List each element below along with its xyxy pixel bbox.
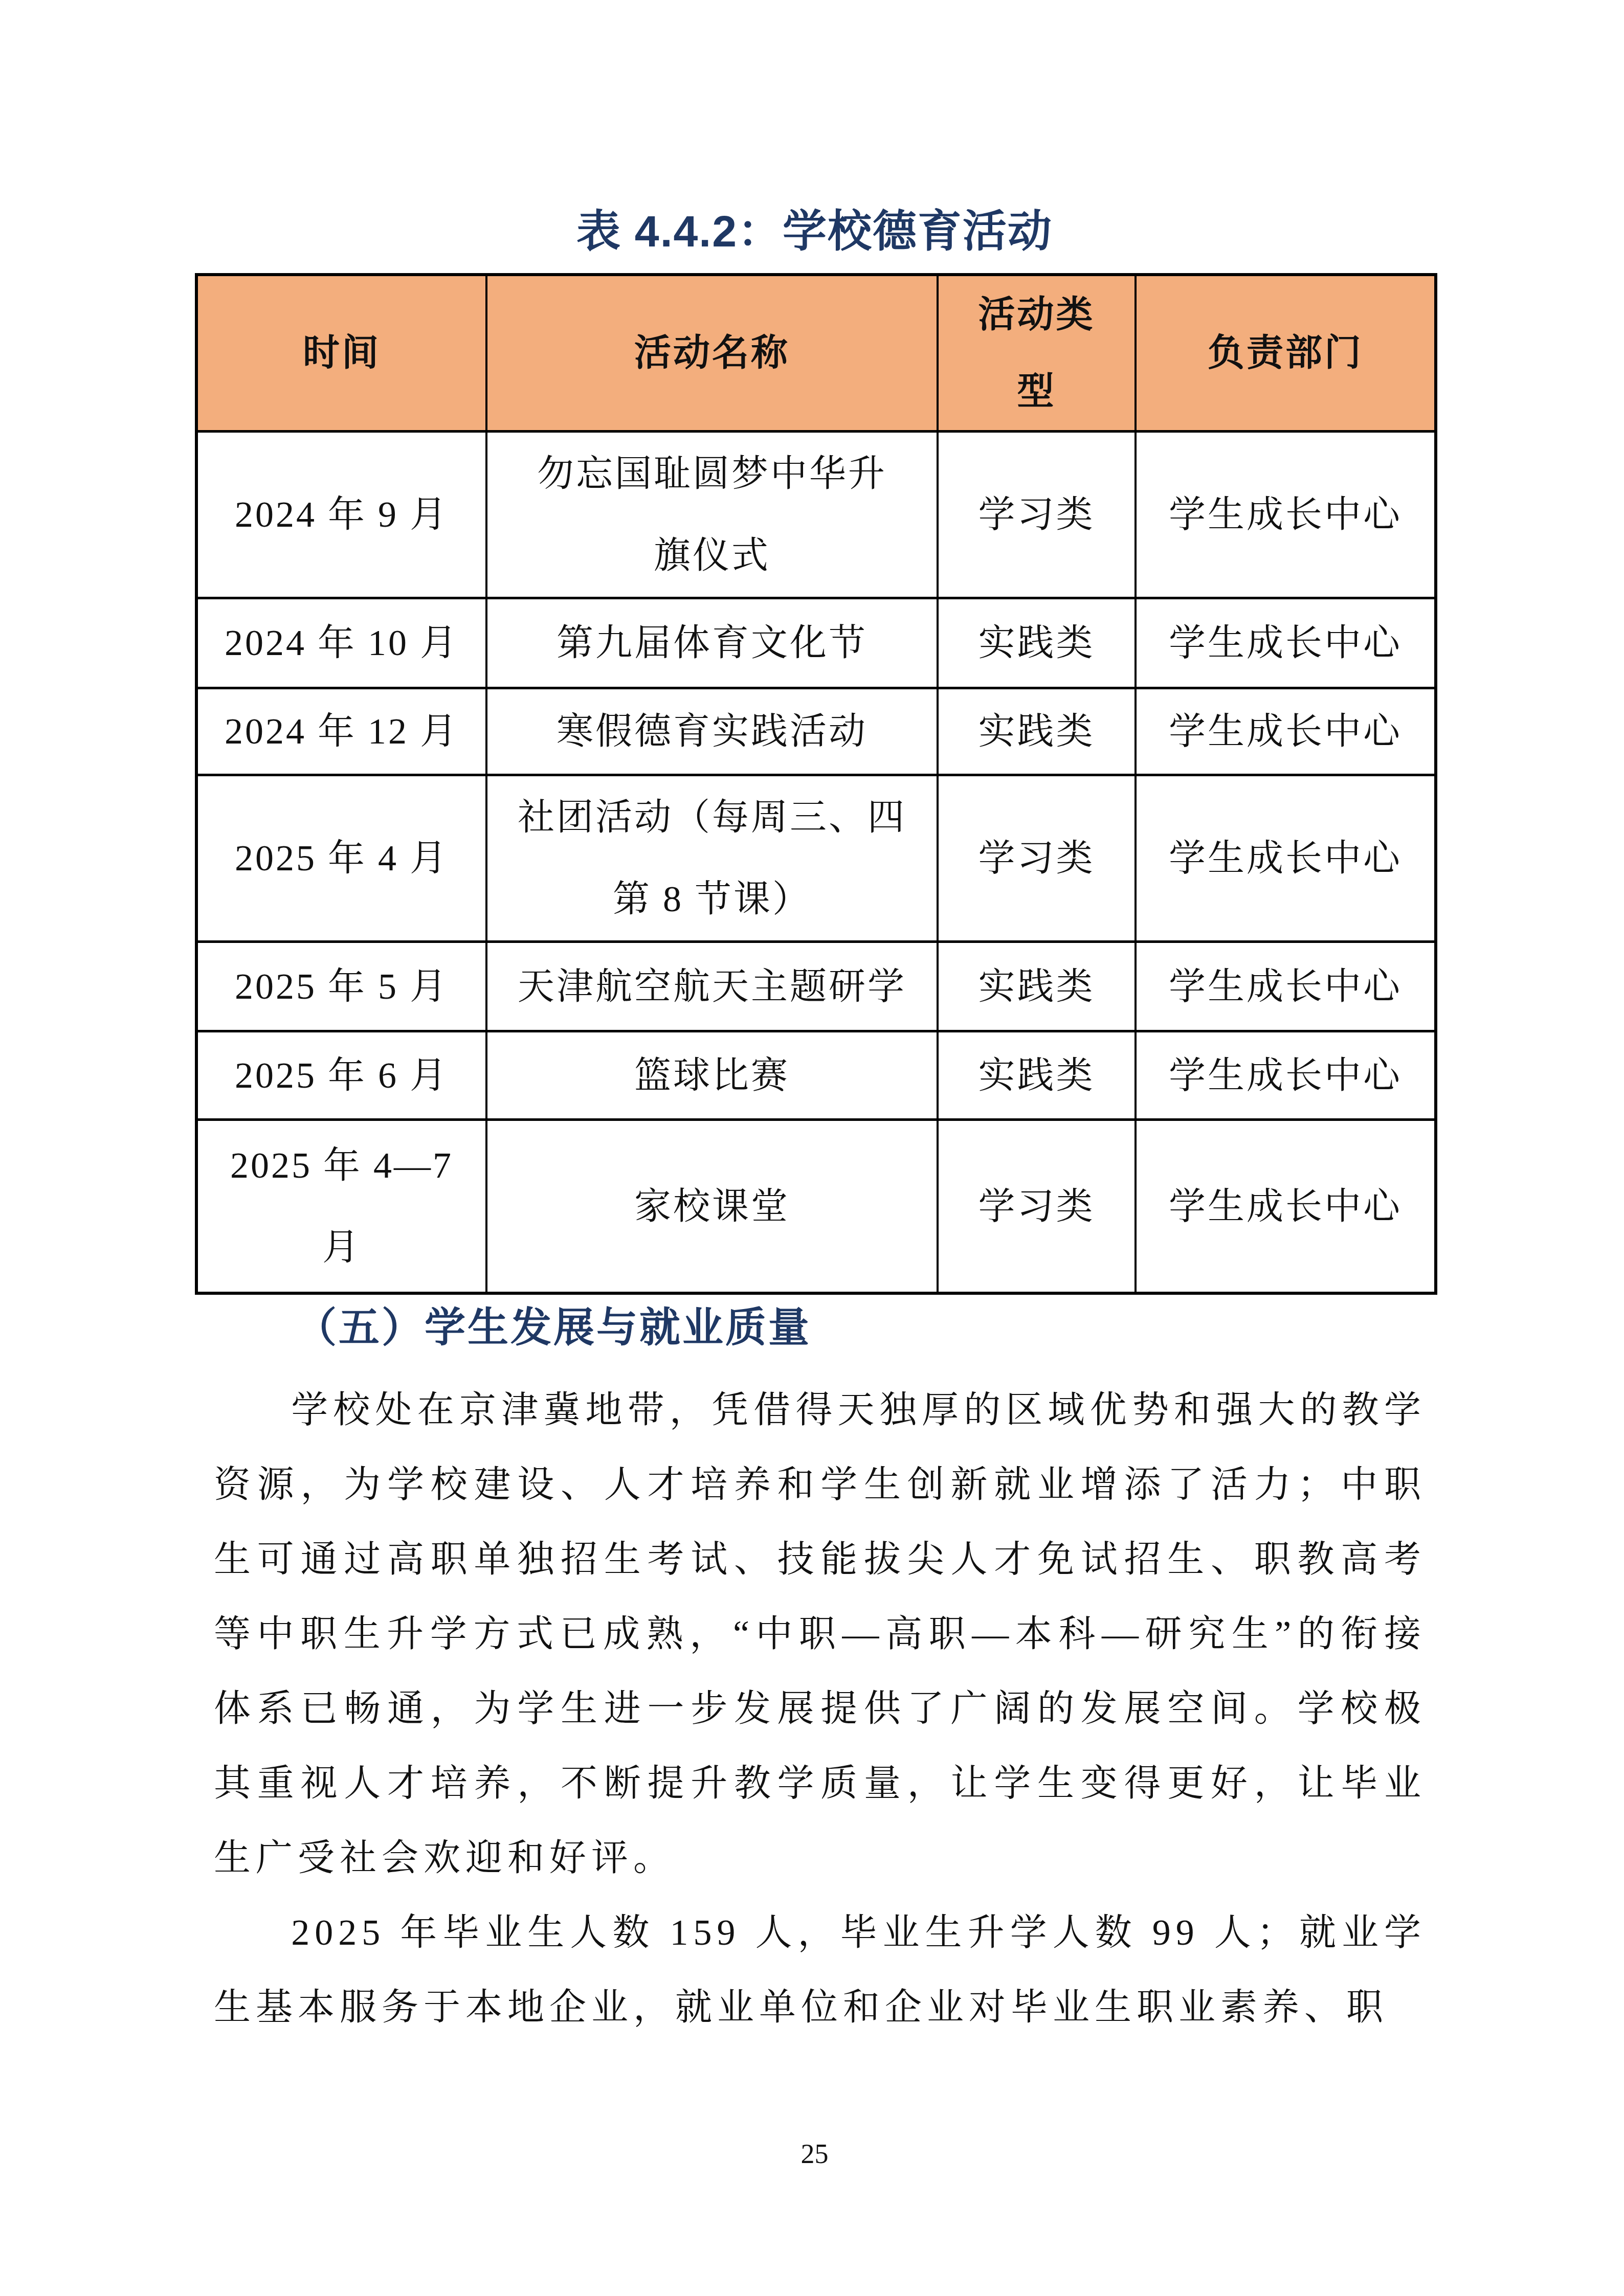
cell-activity-name: 社团活动（每周三、四 第 8 节课） <box>486 775 938 941</box>
column-header-activity-type: 活动类 型 <box>938 275 1136 431</box>
column-header-time: 时间 <box>196 275 486 431</box>
page-content: 表 4.4.2：学校德育活动 时间 活动名称 活动类 型 负责部门 2024 年… <box>195 0 1434 2171</box>
cell-activity-type: 实践类 <box>938 598 1136 688</box>
table-row: 2024 年 9 月 勿忘国耻圆梦中华升 旗仪式 学习类 学生成长中心 <box>196 431 1436 598</box>
cell-activity-type: 学习类 <box>938 1119 1136 1293</box>
table-row: 2025 年 6 月 篮球比赛 实践类 学生成长中心 <box>196 1031 1436 1119</box>
cell-activity-name: 家校课堂 <box>486 1119 938 1293</box>
cell-activity-type: 实践类 <box>938 941 1136 1031</box>
cell-activity-type: 学习类 <box>938 431 1136 598</box>
cell-department: 学生成长中心 <box>1136 598 1436 688</box>
cell-activity-type: 学习类 <box>938 775 1136 941</box>
cell-time: 2025 年 4 月 <box>196 775 486 941</box>
table-row: 2025 年 5 月 天津航空航天主题研学 实践类 学生成长中心 <box>196 941 1436 1031</box>
cell-time: 2024 年 12 月 <box>196 688 486 775</box>
document-page: 表 4.4.2：学校德育活动 时间 活动名称 活动类 型 负责部门 2024 年… <box>0 0 1624 2296</box>
cell-activity-type: 实践类 <box>938 1031 1136 1119</box>
cell-time: 2025 年 5 月 <box>196 941 486 1031</box>
cell-time: 2024 年 9 月 <box>196 431 486 598</box>
table-header-row: 时间 活动名称 活动类 型 负责部门 <box>196 275 1436 431</box>
cell-department: 学生成长中心 <box>1136 1031 1436 1119</box>
moral-education-activities-table: 时间 活动名称 活动类 型 负责部门 2024 年 9 月 勿忘国耻圆梦中华升 … <box>195 273 1437 1295</box>
cell-activity-name: 天津航空航天主题研学 <box>486 941 938 1031</box>
column-header-department: 负责部门 <box>1136 275 1436 431</box>
cell-activity-name: 勿忘国耻圆梦中华升 旗仪式 <box>486 431 938 598</box>
table-row: 2025 年 4—7 月 家校课堂 学习类 学生成长中心 <box>196 1119 1436 1293</box>
section-heading: （五）学生发展与就业质量 <box>214 1303 1426 1352</box>
cell-department: 学生成长中心 <box>1136 431 1436 598</box>
body-paragraph: 2025 年毕业生人数 159 人，毕业生升学人数 99 人；就业学生基本服务于… <box>214 1895 1426 2044</box>
cell-activity-name: 第九届体育文化节 <box>486 598 938 688</box>
cell-time: 2025 年 4—7 月 <box>196 1119 486 1293</box>
cell-activity-type: 实践类 <box>938 688 1136 775</box>
table-row: 2024 年 12 月 寒假德育实践活动 实践类 学生成长中心 <box>196 688 1436 775</box>
cell-department: 学生成长中心 <box>1136 941 1436 1031</box>
cell-activity-name: 寒假德育实践活动 <box>486 688 938 775</box>
cell-activity-name: 篮球比赛 <box>486 1031 938 1119</box>
table-row: 2024 年 10 月 第九届体育文化节 实践类 学生成长中心 <box>196 598 1436 688</box>
cell-department: 学生成长中心 <box>1136 1119 1436 1293</box>
table-caption: 表 4.4.2：学校德育活动 <box>195 206 1434 258</box>
cell-time: 2025 年 6 月 <box>196 1031 486 1119</box>
table-row: 2025 年 4 月 社团活动（每周三、四 第 8 节课） 学习类 学生成长中心 <box>196 775 1436 941</box>
column-header-activity-name: 活动名称 <box>486 275 938 431</box>
cell-time: 2024 年 10 月 <box>196 598 486 688</box>
cell-department: 学生成长中心 <box>1136 688 1436 775</box>
cell-department: 学生成长中心 <box>1136 775 1436 941</box>
page-number: 25 <box>195 2137 1434 2171</box>
body-paragraph: 学校处在京津冀地带，凭借得天独厚的区域优势和强大的教学资源，为学校建设、人才培养… <box>214 1372 1426 1895</box>
